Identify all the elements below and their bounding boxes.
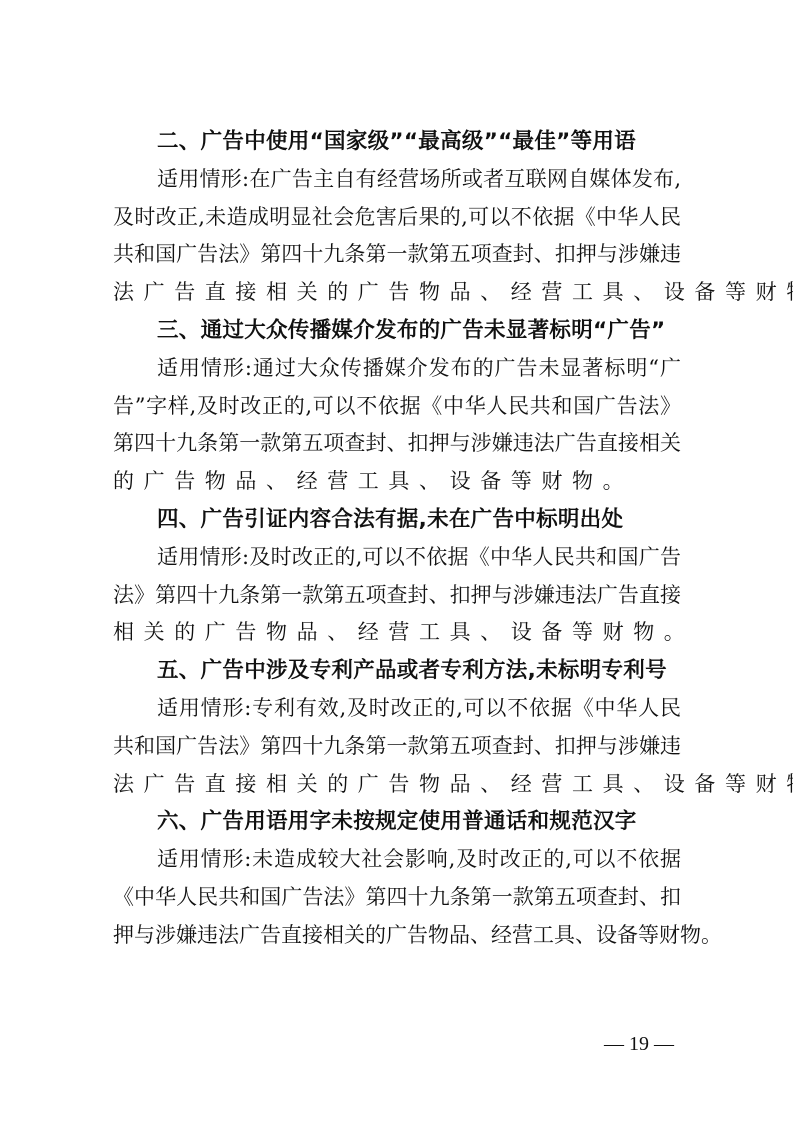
section-3: 三、通过大众传播媒介发布的广告未显著标明“广告” 适用情形:通过大众传播媒介发布… xyxy=(113,312,683,501)
body-line: 适用情形:在广告主自有经营场所或者互联网自媒体发布, xyxy=(113,161,681,199)
body-line: 适用情形:及时改正的,可以不依据《中华人民共和国广告 xyxy=(113,539,681,577)
body-line: 的广告物品、经营工具、设备等财物。 xyxy=(113,463,681,501)
section-heading: 六、广告用语用字未按规定使用普通话和规范汉字 xyxy=(113,803,683,841)
section-heading: 二、广告中使用“国家级”“最高级”“最佳”等用语 xyxy=(113,123,683,161)
body-line: 共和国广告法》第四十九条第一款第五项查封、扣押与涉嫌违 xyxy=(113,728,681,766)
section-heading: 四、广告引证内容合法有据,未在广告中标明出处 xyxy=(113,501,683,539)
section-2: 二、广告中使用“国家级”“最高级”“最佳”等用语 适用情形:在广告主自有经营场所… xyxy=(113,123,683,312)
body-line: 共和国广告法》第四十九条第一款第五项查封、扣押与涉嫌违 xyxy=(113,236,681,274)
body-line: 《中华人民共和国广告法》第四十九条第一款第五项查封、扣 xyxy=(113,879,681,917)
section-heading: 五、广告中涉及专利产品或者专利方法,未标明专利号 xyxy=(113,652,683,690)
body-line: 适用情形:通过大众传播媒介发布的广告未显著标明“广 xyxy=(113,350,681,388)
section-4: 四、广告引证内容合法有据,未在广告中标明出处 适用情形:及时改正的,可以不依据《… xyxy=(113,501,683,652)
body-line: 相关的广告物品、经营工具、设备等财物。 xyxy=(113,614,681,652)
body-line: 适用情形:专利有效,及时改正的,可以不依据《中华人民 xyxy=(113,690,681,728)
section-5: 五、广告中涉及专利产品或者专利方法,未标明专利号 适用情形:专利有效,及时改正的… xyxy=(113,652,683,803)
body-line: 适用情形:未造成较大社会影响,及时改正的,可以不依据 xyxy=(113,841,681,879)
document-page: 二、广告中使用“国家级”“最高级”“最佳”等用语 适用情形:在广告主自有经营场所… xyxy=(113,123,683,955)
body-line: 法广告直接相关的广告物品、经营工具、设备等财物。 xyxy=(113,766,681,804)
section-6: 六、广告用语用字未按规定使用普通话和规范汉字 适用情形:未造成较大社会影响,及时… xyxy=(113,803,683,954)
body-line: 及时改正,未造成明显社会危害后果的,可以不依据《中华人民 xyxy=(113,199,681,237)
section-heading: 三、通过大众传播媒介发布的广告未显著标明“广告” xyxy=(113,312,683,350)
body-line: 法广告直接相关的广告物品、经营工具、设备等财物。 xyxy=(113,274,681,312)
body-line: 告”字样,及时改正的,可以不依据《中华人民共和国广告法》 xyxy=(113,388,681,426)
body-line: 法》第四十九条第一款第五项查封、扣押与涉嫌违法广告直接 xyxy=(113,577,681,615)
body-line: 押与涉嫌违法广告直接相关的广告物品、经营工具、设备等财物。 xyxy=(113,917,681,955)
page-number: — 19 — xyxy=(604,1033,674,1056)
body-line: 第四十九条第一款第五项查封、扣押与涉嫌违法广告直接相关 xyxy=(113,425,681,463)
